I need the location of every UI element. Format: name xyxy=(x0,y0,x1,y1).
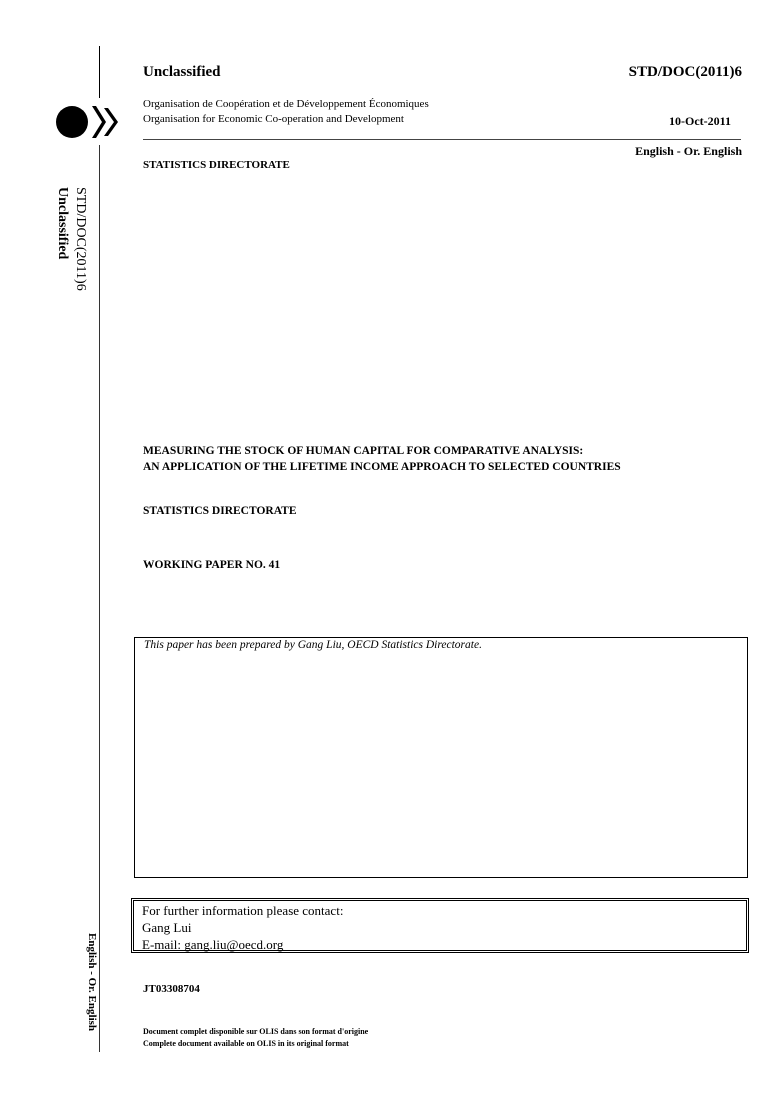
directorate-header: STATISTICS DIRECTORATE xyxy=(143,159,290,171)
title-line-1: MEASURING THE STOCK OF HUMAN CAPITAL FOR… xyxy=(143,443,621,459)
spine-classification: Unclassified xyxy=(54,187,70,259)
document-title: MEASURING THE STOCK OF HUMAN CAPITAL FOR… xyxy=(143,443,621,475)
classification-label: Unclassified xyxy=(143,64,221,81)
document-code: STD/DOC(2011)6 xyxy=(629,64,742,81)
spine-divider-top xyxy=(99,46,100,98)
spine-document-code: STD/DOC(2011)6 xyxy=(72,187,88,291)
oecd-logo-icon xyxy=(52,100,124,144)
organisation-name-en: Organisation for Economic Co-operation a… xyxy=(143,113,404,125)
header-divider xyxy=(143,139,741,140)
author-note: This paper has been prepared by Gang Liu… xyxy=(144,639,482,651)
contact-box: For further information please contact: … xyxy=(131,898,749,953)
spine-language: English - Or. English xyxy=(86,933,98,1031)
document-language: English - Or. English xyxy=(635,144,742,159)
author-note-box: This paper has been prepared by Gang Liu… xyxy=(134,637,748,878)
footer-note-en: Complete document available on OLIS in i… xyxy=(143,1039,349,1048)
directorate-label: STATISTICS DIRECTORATE xyxy=(143,505,297,517)
working-paper-number: WORKING PAPER NO. 41 xyxy=(143,559,280,571)
jt-code: JT03308704 xyxy=(143,983,200,995)
document-date: 10-Oct-2011 xyxy=(669,114,731,129)
contact-email: E-mail: gang.liu@oecd.org xyxy=(142,936,283,953)
spine-divider-bottom xyxy=(99,145,100,1052)
title-line-2: AN APPLICATION OF THE LIFETIME INCOME AP… xyxy=(143,459,621,475)
contact-name: Gang Lui xyxy=(142,919,191,936)
contact-heading: For further information please contact: xyxy=(142,902,343,919)
organisation-name-fr: Organisation de Coopération et de Dévelo… xyxy=(143,98,429,110)
footer-note-fr: Document complet disponible sur OLIS dan… xyxy=(143,1027,368,1036)
